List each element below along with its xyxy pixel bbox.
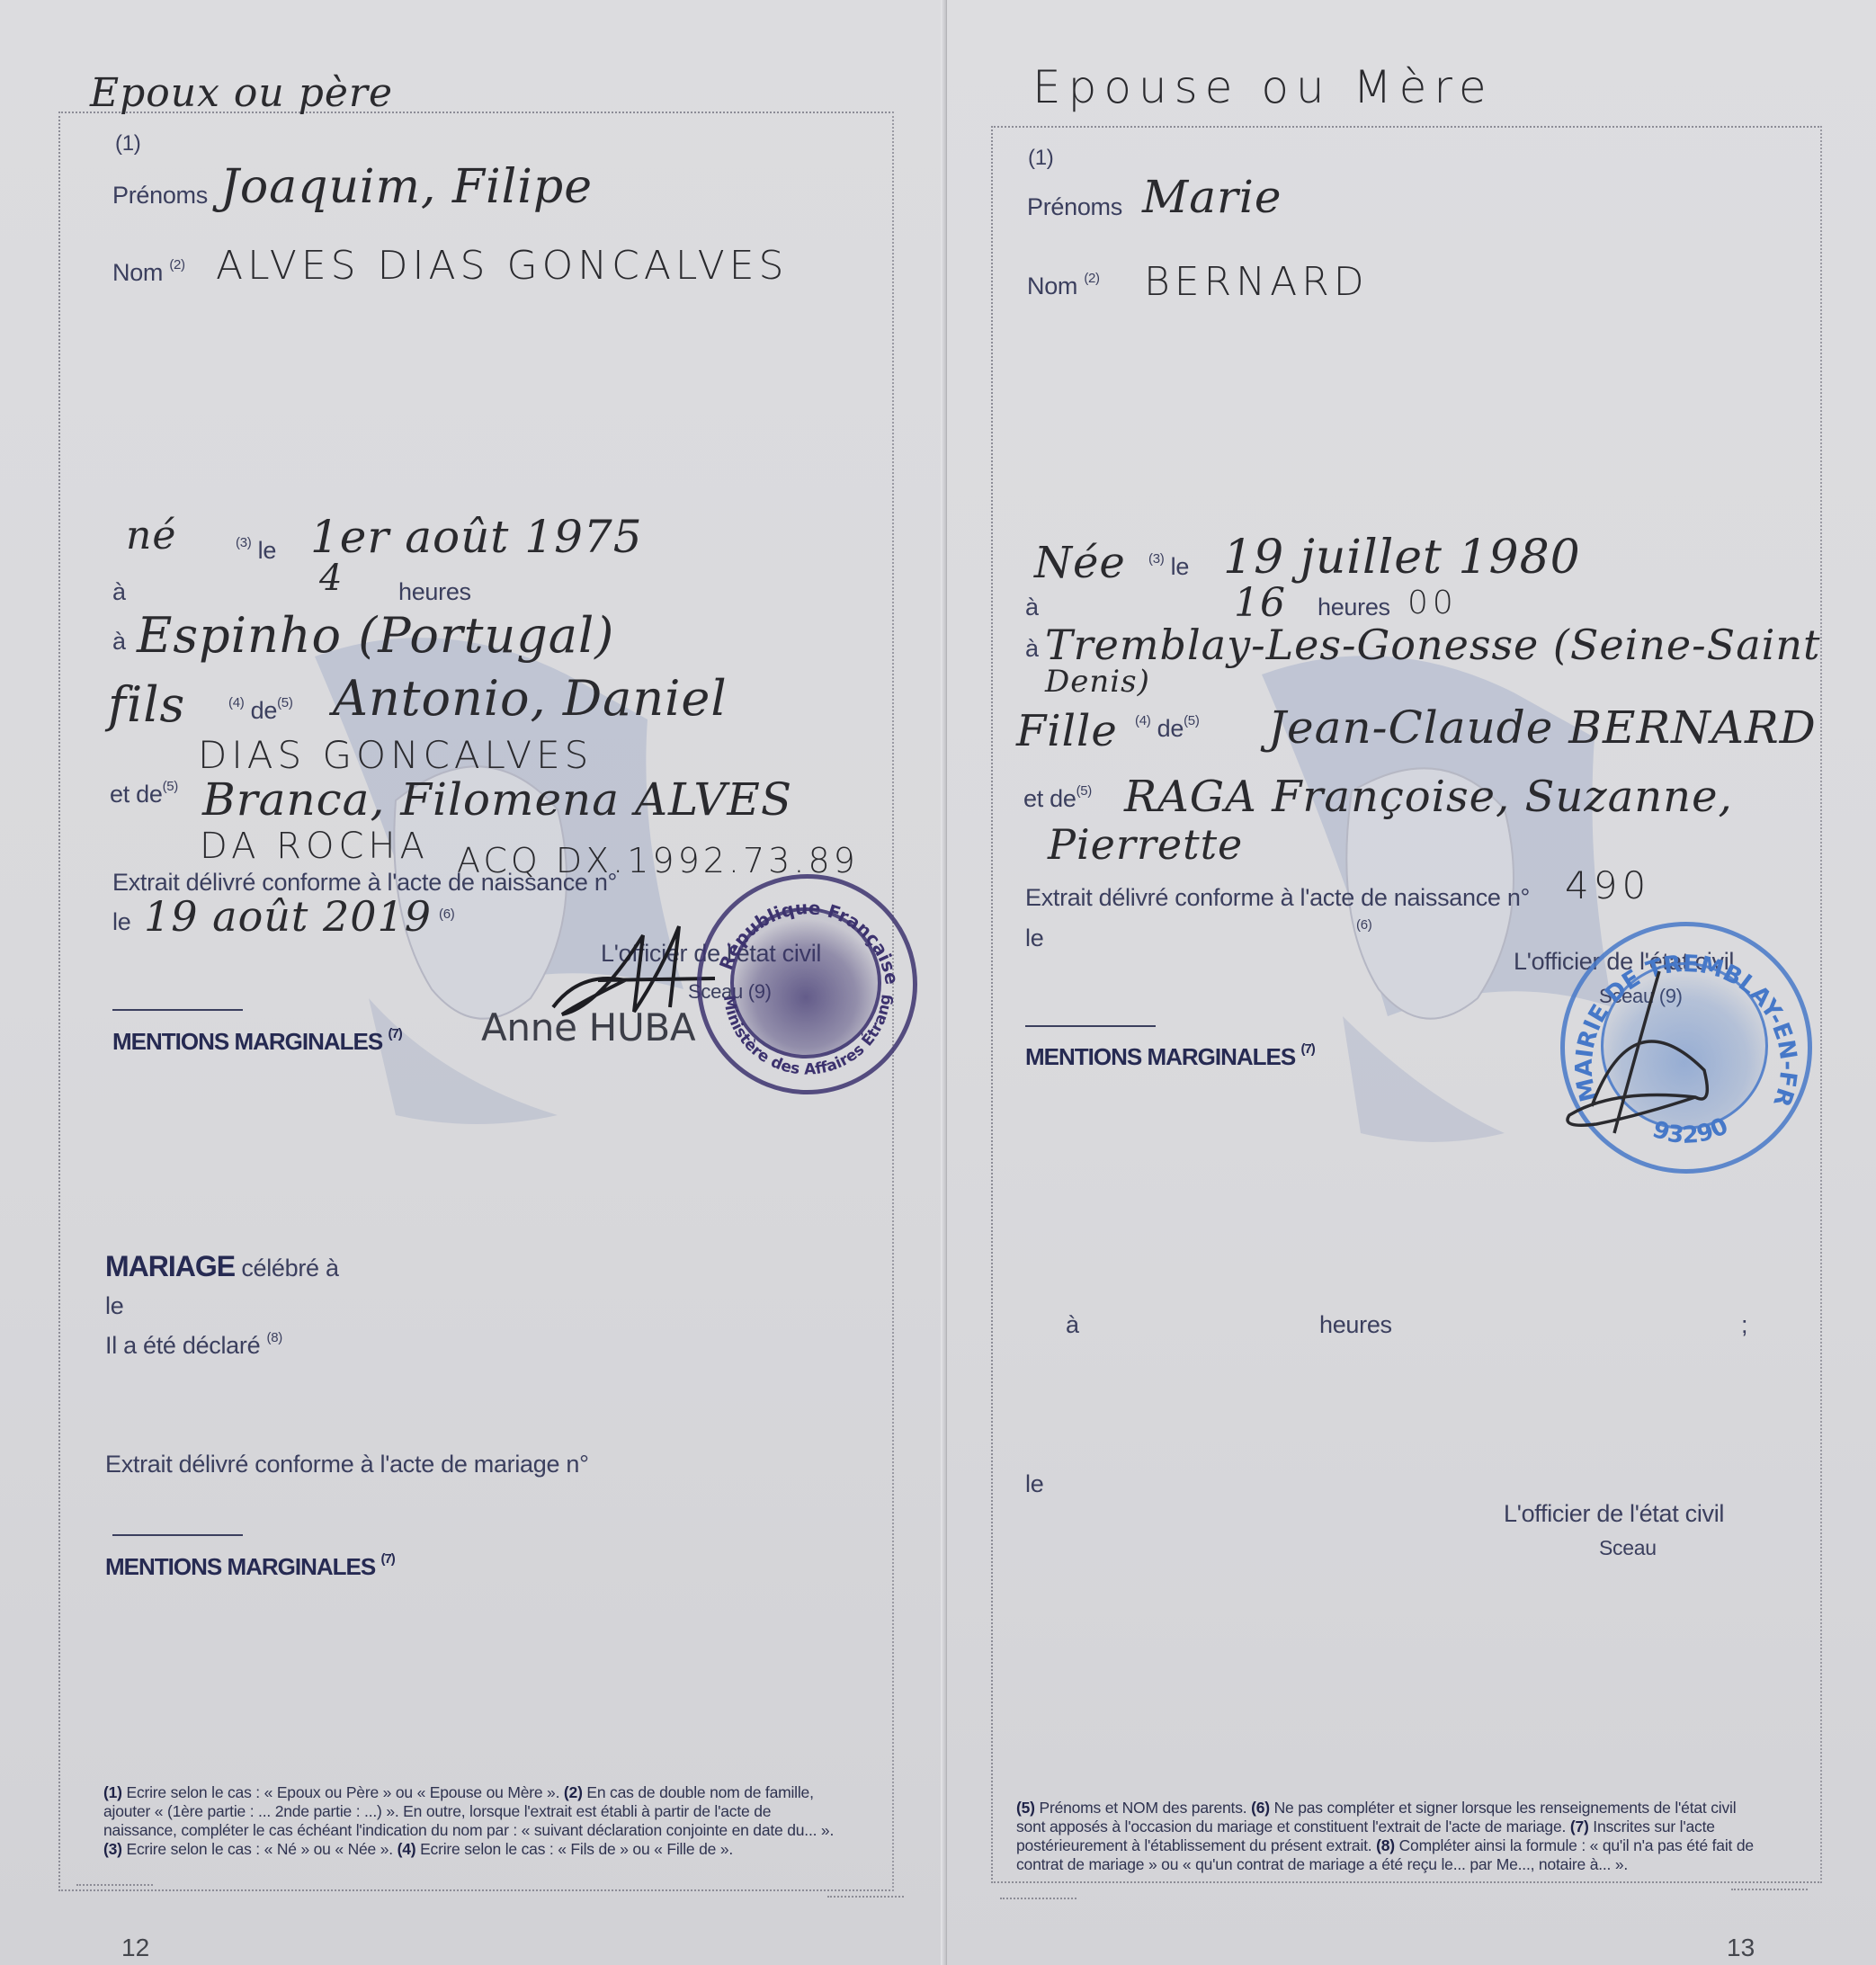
le-label: le	[258, 537, 276, 564]
fils-value: fils	[108, 676, 185, 733]
acte-number-right: 490	[1565, 863, 1650, 907]
fils-marker: (4)	[228, 695, 244, 710]
a-place-label-right: à	[1025, 635, 1039, 663]
svg-text:République Française: République Française	[715, 897, 903, 986]
mariage-le-label: le	[105, 1292, 123, 1320]
birth-date-right: 19 juillet 1980	[1223, 531, 1581, 585]
role-handwritten-right: Epouse ou Mère	[1032, 61, 1494, 113]
crop-mark	[76, 1884, 153, 1888]
mentions2-heading: MENTIONS MARGINALES (7)	[105, 1553, 395, 1581]
de-marker-right: (5)	[1184, 713, 1199, 728]
nom-label: Nom (2)	[112, 259, 185, 287]
mariage-le-label-right: le	[1025, 1470, 1043, 1498]
divider	[112, 1009, 243, 1011]
footnotes-left: (1) Ecrire selon le cas : « Epoux ou Pèr…	[103, 1783, 841, 1859]
crop-mark	[1731, 1889, 1808, 1892]
crop-mark	[1000, 1898, 1076, 1901]
heures-label: heures	[398, 578, 471, 606]
mother-line2: DA ROCHA	[200, 826, 429, 867]
nee-marker: (3)	[1148, 551, 1164, 567]
extrait-label-right: Extrait délivré conforme à l'acte de nai…	[1025, 884, 1530, 912]
page-left: Epoux ou père (1) Prénoms Joaquim, Filip…	[0, 0, 947, 1965]
a-place-label: à	[112, 628, 126, 656]
father-line1: Antonio, Daniel	[333, 670, 728, 727]
mentions-heading: MENTIONS MARGINALES (7)	[112, 1028, 402, 1056]
prenoms-label: Prénoms	[112, 182, 208, 210]
birth-place-line1: Tremblay-Les-Gonesse (Seine-Saint	[1045, 621, 1820, 669]
nom-value-right: BERNARD	[1144, 259, 1369, 305]
prenoms-value-right: Marie	[1142, 171, 1282, 223]
et-de-label-right: et de	[1023, 785, 1076, 812]
role-handwritten: Epoux ou père	[90, 70, 393, 116]
delivered-le-label: le	[112, 908, 130, 936]
page-number-left: 12	[121, 1934, 149, 1962]
minutes-value-right: 00	[1407, 585, 1458, 621]
mother-line2-right: Pierrette	[1048, 820, 1243, 869]
prenoms-label-right: Prénoms	[1027, 193, 1122, 221]
father-line2: DIAS GONCALVES	[198, 733, 593, 777]
nee-value: Née	[1034, 538, 1126, 588]
footnotes-right: (5) Prénoms et NOM des parents. (6) Ne p…	[1016, 1799, 1754, 1874]
nom-value: ALVES DIAS GONCALVES	[216, 243, 788, 289]
divider	[112, 1534, 243, 1536]
mariage-heures-label: heures	[1319, 1311, 1392, 1339]
declare-label: Il a été déclaré (8)	[105, 1332, 282, 1360]
le-label-right: le	[1171, 553, 1189, 580]
delivered-marker: (6)	[439, 907, 454, 922]
republique-francaise-stamp: République Française Ministère des Affai…	[697, 874, 917, 1094]
mother-line1-right: RAGA Françoise, Suzanne,	[1124, 772, 1733, 822]
mother-line1: Branca, Filomena ALVES	[202, 773, 792, 826]
ne-marker: (3)	[236, 535, 251, 550]
page-number-right: 13	[1727, 1934, 1755, 1962]
signature-right-icon	[1560, 962, 1740, 1151]
officer2-label: L'officier de l'état civil	[1504, 1500, 1724, 1528]
father-right: Jean-Claude BERNARD	[1268, 701, 1817, 754]
fille-marker: (4)	[1135, 713, 1150, 728]
footnote-marker-1-right: (1)	[1028, 146, 1053, 171]
hour-value-right: 16	[1234, 580, 1286, 626]
et-de-label: et de	[110, 781, 163, 808]
birth-place: Espinho (Portugal)	[137, 607, 614, 664]
de-label-right: de	[1157, 715, 1184, 742]
sceau2-label: Sceau	[1599, 1536, 1657, 1560]
prenoms-value: Joaquim, Filipe	[220, 160, 593, 214]
fille-value: Fille	[1016, 706, 1118, 756]
delivered-le-label-right: le	[1025, 924, 1043, 952]
officer-name: Anne HUBA	[481, 1005, 695, 1049]
extrait-mariage-label: Extrait délivré conforme à l'acte de mar…	[105, 1451, 589, 1478]
hour-value: 4	[319, 558, 343, 599]
mariage-heading: MARIAGE célébré à	[105, 1250, 339, 1283]
divider	[1025, 1025, 1156, 1027]
et-de-marker: (5)	[163, 779, 178, 794]
mariage-a-label: à	[1066, 1311, 1079, 1339]
a-label: à	[112, 578, 126, 606]
et-de-marker-right: (5)	[1076, 783, 1092, 799]
birth-date: 1er août 1975	[310, 511, 643, 563]
footnote-marker-1: (1)	[115, 131, 140, 156]
mentions-heading-right: MENTIONS MARGINALES (7)	[1025, 1043, 1315, 1071]
birth-place-line2: Denis)	[1045, 664, 1150, 700]
crop-mark	[827, 1896, 904, 1899]
nom-label-right: Nom (2)	[1027, 272, 1100, 300]
ne-value: né	[126, 513, 176, 558]
heures-label-right: heures	[1318, 594, 1390, 621]
mariage-semicolon: ;	[1741, 1311, 1747, 1339]
de-label: de	[251, 697, 277, 724]
delivered-date: 19 août 2019	[144, 892, 432, 941]
a-label-right: à	[1025, 594, 1039, 621]
de-marker: (5)	[277, 695, 292, 710]
delivered-marker-right: (6)	[1356, 917, 1371, 933]
